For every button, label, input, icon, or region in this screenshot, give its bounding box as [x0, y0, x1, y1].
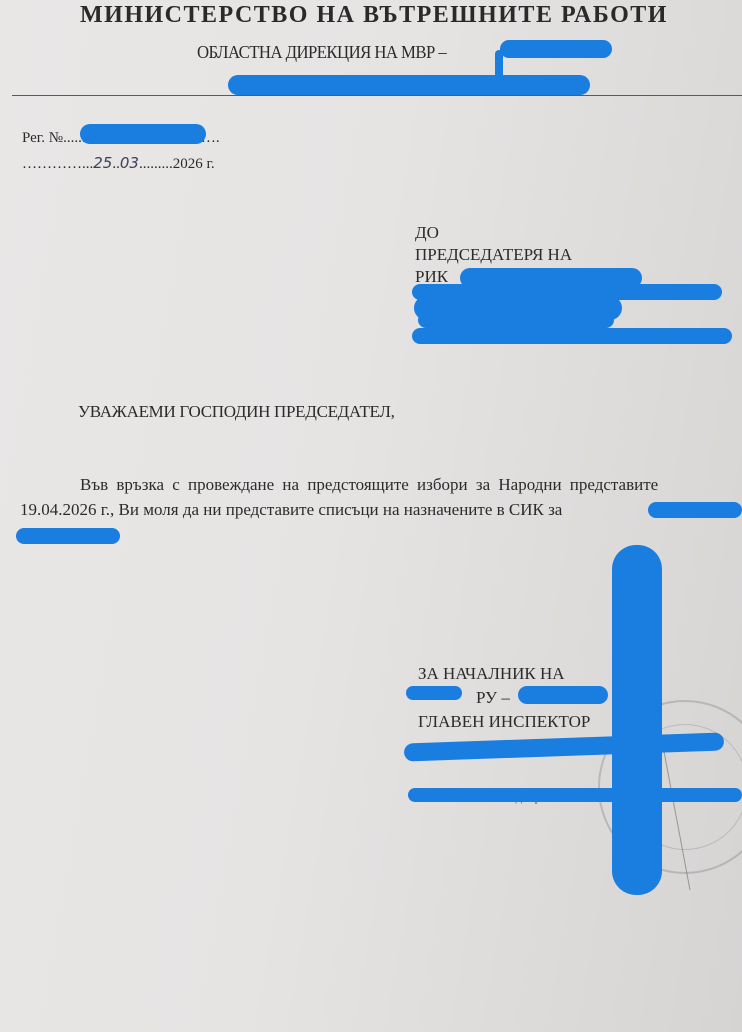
redaction-mark — [648, 502, 742, 518]
redaction-mark — [500, 40, 612, 58]
redaction-mark — [16, 528, 120, 544]
redaction-mark — [418, 312, 614, 328]
redaction-mark — [406, 686, 462, 700]
redaction-mark — [518, 686, 608, 704]
redaction-mark — [408, 788, 742, 802]
redaction-mark — [412, 328, 732, 344]
redaction-mark — [228, 75, 590, 95]
document-page: МИНИСТЕРСТВО НА ВЪТРЕШНИТЕ РАБОТИ ОБЛАСТ… — [0, 0, 742, 1032]
redaction-mark — [612, 545, 662, 895]
redaction-mark — [80, 124, 206, 144]
